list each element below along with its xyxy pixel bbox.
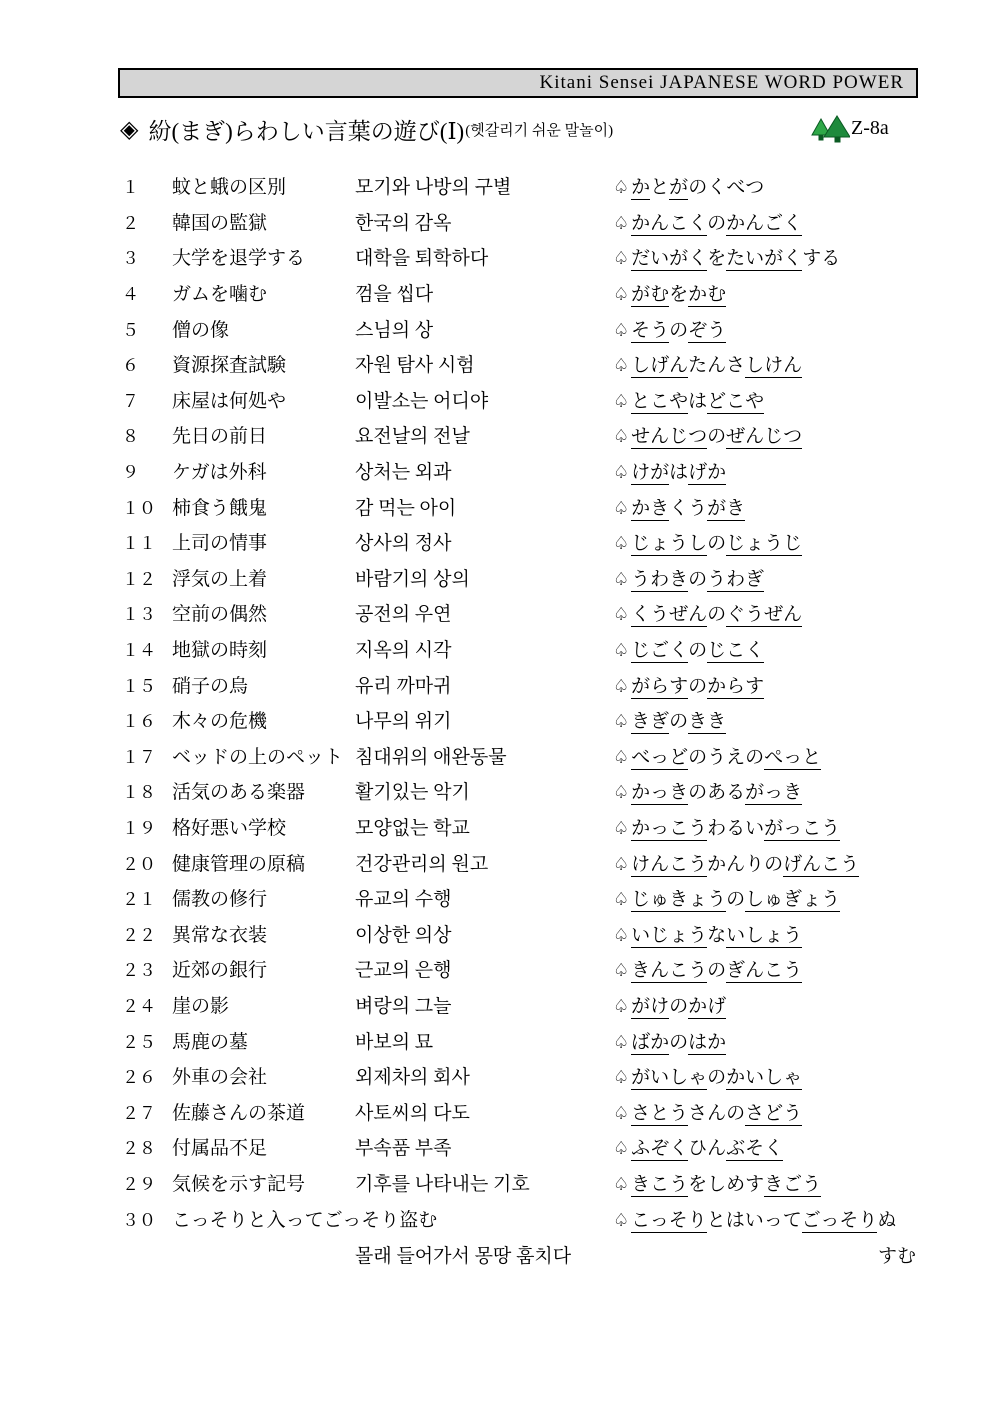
hiragana-reading: ♤かっこうわるいがっこう	[613, 813, 962, 840]
korean-translation: 부속품 부족	[355, 1133, 613, 1160]
reading-segment-underlined: けんこう	[631, 854, 707, 877]
korean-translation: 자원 탐사 시험	[355, 350, 613, 377]
speaker-spade-icon: ♤	[613, 640, 629, 661]
korean-translation: 활기있는 악기	[355, 777, 613, 804]
reading-segment-underlined: からす	[707, 676, 764, 699]
table-row: ５僧の像스님의 상♤そうのぞう	[122, 310, 962, 346]
hiragana-reading: ♤がいしゃのかいしゃ	[613, 1062, 962, 1089]
reading-segment: くう	[669, 498, 707, 520]
speaker-spade-icon: ♤	[613, 1210, 629, 1231]
row-number: １５	[122, 672, 172, 697]
japanese-phrase: 大学を退学する	[172, 243, 355, 270]
speaker-spade-icon: ♤	[613, 1138, 629, 1159]
word-table: １蚊と蛾の区別모기와 나방의 구별♤かとがのくべつ２韓国の監獄한국의 감옥♤かん…	[122, 168, 962, 1236]
row-number: ２９	[122, 1170, 172, 1195]
korean-translation: 바람기의 상의	[355, 564, 613, 591]
hiragana-reading: ♤べっどのうえのぺっと	[613, 742, 962, 769]
hiragana-reading: ♤きぎのきき	[613, 706, 962, 733]
reading-segment: を	[669, 284, 688, 306]
table-row: １９格好悪い学校모양없는 학교♤かっこうわるいがっこう	[122, 809, 962, 845]
hiragana-reading: ♤かきくうがき	[613, 493, 962, 520]
korean-translation: 침대위의 애완동물	[355, 742, 613, 769]
table-row: ２１儒教の修行유교의 수행♤じゅきょうのしゅぎょう	[122, 880, 962, 916]
table-row: １７ベッドの上のペット침대위의 애완동물♤べっどのうえのぺっと	[122, 738, 962, 774]
reading-segment: の	[669, 320, 688, 342]
korean-translation: 감 먹는 아이	[355, 493, 613, 520]
speaker-spade-icon: ♤	[613, 284, 629, 305]
japanese-phrase: 床屋は何処や	[172, 386, 355, 413]
speaker-spade-icon: ♤	[613, 711, 629, 732]
japanese-phrase: 馬鹿の墓	[172, 1027, 355, 1054]
hiragana-reading: ♤いじょうないしょう	[613, 920, 962, 947]
row-number: １４	[122, 636, 172, 661]
japanese-phrase: ベッドの上のペット	[172, 742, 355, 769]
row-number: ８	[122, 422, 172, 447]
korean-translation: 공전의 우연	[355, 599, 613, 626]
row-number: ２	[122, 209, 172, 234]
reading-segment: の	[669, 1032, 688, 1054]
reading-segment-underlined: かむ	[688, 284, 726, 307]
reading-segment-underlined: だいがく	[631, 248, 707, 271]
hiragana-reading: ♤がけのかげ	[613, 991, 962, 1018]
row-number: ６	[122, 351, 172, 376]
speaker-spade-icon: ♤	[613, 925, 629, 946]
reading-segment-underlined: べっど	[631, 747, 688, 770]
row-number: １２	[122, 565, 172, 590]
reading-segment-underlined: きき	[688, 711, 726, 734]
twin-trees-icon	[810, 113, 850, 143]
row-number: ３０	[122, 1206, 172, 1231]
speaker-spade-icon: ♤	[613, 391, 629, 412]
row-number: １９	[122, 814, 172, 839]
header-banner: Kitani Sensei JAPANESE WORD POWER	[118, 68, 918, 98]
reading-segment-underlined: いじょう	[631, 925, 707, 948]
reading-segment-underlined: ふぞく	[631, 1138, 688, 1161]
korean-translation: 외제차의 회사	[355, 1062, 613, 1089]
reading-segment: の	[707, 1067, 726, 1089]
reading-segment-underlined: がき	[707, 498, 745, 521]
reading-segment-underlined: ぎんこう	[726, 960, 802, 983]
speaker-spade-icon: ♤	[613, 604, 629, 625]
hiragana-reading: ♤けがはげか	[613, 457, 962, 484]
table-row: ２９気候を示す記号기후를 나타내는 기호♤きこうをしめすきごう	[122, 1165, 962, 1201]
japanese-phrase: 僧の像	[172, 315, 355, 342]
speaker-spade-icon: ♤	[613, 676, 629, 697]
speaker-spade-icon: ♤	[613, 320, 629, 341]
japanese-phrase: 韓国の監獄	[172, 208, 355, 235]
japanese-phrase: 浮気の上着	[172, 564, 355, 591]
row-number: ９	[122, 458, 172, 483]
reading-segment-underlined: かいしゃ	[726, 1067, 802, 1090]
reading-segment-underlined: か	[631, 177, 650, 200]
reading-segment-underlined: しげん	[631, 355, 688, 378]
speaker-spade-icon: ♤	[613, 248, 629, 269]
table-row: １８活気のある楽器활기있는 악기♤かっきのあるがっき	[122, 773, 962, 809]
korean-translation: 사토씨의 다도	[355, 1098, 613, 1125]
footer-reading-continuation: すむ	[878, 1241, 916, 1268]
worksheet-page: Kitani Sensei JAPANESE WORD POWER ◈ 紛(まぎ…	[0, 0, 992, 1403]
reading-segment-underlined: しけん	[745, 355, 802, 378]
reading-segment-underlined: が	[669, 177, 688, 200]
speaker-spade-icon: ♤	[613, 782, 629, 803]
reading-segment: わるい	[707, 818, 764, 840]
japanese-phrase: 先日の前日	[172, 421, 355, 448]
row-number: ２４	[122, 992, 172, 1017]
reading-segment-underlined: じゅきょう	[631, 889, 726, 912]
reading-segment-underlined: かんこく	[631, 213, 707, 236]
reading-segment-underlined: がらす	[631, 676, 688, 699]
reading-segment-underlined: しゅぎょう	[745, 889, 840, 912]
row-number: １３	[122, 600, 172, 625]
row-number: ２０	[122, 850, 172, 875]
speaker-spade-icon: ♤	[613, 854, 629, 875]
reading-segment: のうえの	[688, 747, 764, 769]
table-row: ２５馬鹿の墓바보의 묘♤ばかのはか	[122, 1022, 962, 1058]
speaker-spade-icon: ♤	[613, 1067, 629, 1088]
reading-segment: と	[650, 177, 669, 199]
banner-text: Kitani Sensei JAPANESE WORD POWER	[540, 72, 904, 93]
doc-code-text: Z-8a	[851, 117, 889, 140]
row-number: ５	[122, 316, 172, 341]
row-number: ２７	[122, 1099, 172, 1124]
table-row: ４ガムを噛む껌을 씹다♤がむをかむ	[122, 275, 962, 311]
hiragana-reading: ♤だいがくをたいがくする	[613, 243, 962, 270]
table-row: ９ケガは外科상처는 외과♤けがはげか	[122, 453, 962, 489]
reading-segment-underlined: ばか	[631, 1032, 669, 1055]
speaker-spade-icon: ♤	[613, 1103, 629, 1124]
korean-translation: 이상한 의상	[355, 920, 613, 947]
speaker-spade-icon: ♤	[613, 498, 629, 519]
hiragana-reading: ♤じょうしのじょうじ	[613, 528, 962, 555]
korean-translation: 지옥의 시각	[355, 635, 613, 662]
hiragana-reading: ♤とこやはどこや	[613, 386, 962, 413]
hiragana-reading: ♤ばかのはか	[613, 1027, 962, 1054]
reading-segment: は	[669, 462, 688, 484]
reading-segment: のくべつ	[688, 177, 764, 199]
korean-translation: 건강관리의 원고	[355, 849, 613, 876]
doc-code-badge: Z-8a	[810, 113, 889, 143]
hiragana-reading: ♤けんこうかんりのげんこう	[613, 849, 962, 876]
hiragana-reading: ♤じごくのじこく	[613, 635, 962, 662]
reading-segment-underlined: いしょう	[726, 925, 802, 948]
hiragana-reading: ♤こっそりとはいってごっそりぬ	[613, 1205, 962, 1232]
japanese-phrase: 付属品不足	[172, 1133, 355, 1160]
table-row: ３大学を退学する대학을 퇴학하다♤だいがくをたいがくする	[122, 239, 962, 275]
japanese-phrase: 気候を示す記号	[172, 1169, 355, 1196]
korean-translation: 이발소는 어디야	[355, 386, 613, 413]
reading-segment-underlined: ぐうぜん	[726, 604, 802, 627]
speaker-spade-icon: ♤	[613, 960, 629, 981]
row-number: １	[122, 173, 172, 198]
korean-translation: 유리 까마귀	[355, 671, 613, 698]
row-number: ７	[122, 387, 172, 412]
row-number: ４	[122, 280, 172, 305]
table-row: ７床屋は何処や이발소는 어디야♤とこやはどこや	[122, 382, 962, 418]
japanese-phrase: 活気のある楽器	[172, 777, 355, 804]
reading-segment-underlined: はか	[688, 1032, 726, 1055]
japanese-phrase: 蚊と蛾の区別	[172, 172, 355, 199]
table-row: ２６外車の会社외제차의 회사♤がいしゃのかいしゃ	[122, 1058, 962, 1094]
japanese-phrase: 健康管理の原稿	[172, 849, 355, 876]
table-row: １３空前の偶然공전의 우연♤くうぜんのぐうぜん	[122, 595, 962, 631]
japanese-phrase: ケガは外科	[172, 457, 355, 484]
korean-translation: 한국의 감옥	[355, 208, 613, 235]
table-row: ２４崖の影벼랑의 그늘♤がけのかげ	[122, 987, 962, 1023]
hiragana-reading: ♤せんじつのぜんじつ	[613, 421, 962, 448]
row-number: ２５	[122, 1028, 172, 1053]
speaker-spade-icon: ♤	[613, 533, 629, 554]
hiragana-reading: ♤そうのぞう	[613, 315, 962, 342]
reading-segment-underlined: がむ	[631, 284, 669, 307]
table-row: ６資源探査試験자원 탐사 시험♤しげんたんさしけん	[122, 346, 962, 382]
speaker-spade-icon: ♤	[613, 818, 629, 839]
reading-segment: たんさ	[688, 355, 745, 377]
reading-segment-underlined: そう	[631, 320, 669, 343]
reading-segment-underlined: がっこう	[764, 818, 840, 841]
reading-segment-underlined: きんこう	[631, 960, 707, 983]
japanese-phrase: 硝子の烏	[172, 671, 355, 698]
hiragana-reading: ♤かんこくのかんごく	[613, 208, 962, 235]
reading-segment-underlined: ぞう	[688, 320, 726, 343]
hiragana-reading: ♤きんこうのぎんこう	[613, 955, 962, 982]
reading-segment-underlined: とこや	[631, 391, 688, 414]
japanese-phrase: 近郊の銀行	[172, 955, 355, 982]
reading-segment-underlined: かっこう	[631, 818, 707, 841]
table-row: １６木々の危機나무의 위기♤きぎのきき	[122, 702, 962, 738]
row-number: ２１	[122, 885, 172, 910]
speaker-spade-icon: ♤	[613, 1032, 629, 1053]
reading-segment: をしめす	[688, 1174, 764, 1196]
page-title: ◈ 紛(まぎ)らわしい言葉の遊び(Ⅰ) (헷갈리기 쉬운 말놀이)	[120, 112, 613, 146]
row-number: ３	[122, 244, 172, 269]
reading-segment-underlined: じごく	[631, 640, 688, 663]
korean-translation: 기후를 나타내는 기호	[355, 1169, 613, 1196]
japanese-phrase: ガムを噛む	[172, 279, 355, 306]
korean-translation: 모기와 나방의 구별	[355, 172, 613, 199]
japanese-phrase: 木々の危機	[172, 706, 355, 733]
japanese-phrase: 佐藤さんの茶道	[172, 1098, 355, 1125]
hiragana-reading: ♤がらすのからす	[613, 671, 962, 698]
table-row: ２韓国の監獄한국의 감옥♤かんこくのかんごく	[122, 204, 962, 240]
reading-segment-underlined: きぎ	[631, 711, 669, 734]
reading-segment-underlined: ごっそり	[802, 1210, 878, 1233]
reading-segment: ひん	[688, 1138, 726, 1160]
reading-segment-underlined: うわき	[631, 569, 688, 592]
reading-segment-underlined: ぜんじつ	[726, 426, 802, 449]
reading-segment-underlined: さどう	[745, 1103, 802, 1126]
speaker-spade-icon: ♤	[613, 996, 629, 1017]
reading-segment: の	[707, 533, 726, 555]
reading-segment-underlined: きごう	[764, 1174, 821, 1197]
reading-segment-underlined: くうぜん	[631, 604, 707, 627]
hiragana-reading: ♤ふぞくひんぶそく	[613, 1133, 962, 1160]
korean-translation: 유교의 수행	[355, 884, 613, 911]
reading-segment: の	[707, 604, 726, 626]
reading-segment: かんりの	[707, 854, 783, 876]
korean-translation: 근교의 은행	[355, 955, 613, 982]
reading-segment: の	[688, 569, 707, 591]
reading-segment-underlined: ぶそく	[726, 1138, 783, 1161]
table-row: ２３近郊の銀行근교의 은행♤きんこうのぎんこう	[122, 951, 962, 987]
speaker-spade-icon: ♤	[613, 426, 629, 447]
reading-segment: する	[802, 248, 840, 270]
reading-segment-underlined: うわぎ	[707, 569, 764, 592]
reading-segment-underlined: せんじつ	[631, 426, 707, 449]
speaker-spade-icon: ♤	[613, 1174, 629, 1195]
reading-segment: を	[707, 248, 726, 270]
reading-segment-underlined: がいしゃ	[631, 1067, 707, 1090]
table-row: ２７佐藤さんの茶道사토씨의 다도♤さとうさんのさどう	[122, 1093, 962, 1129]
row-number: １８	[122, 778, 172, 803]
reading-segment: の	[688, 640, 707, 662]
speaker-spade-icon: ♤	[613, 462, 629, 483]
reading-segment-underlined: さとう	[631, 1103, 688, 1126]
korean-translation: 바보의 묘	[355, 1027, 613, 1054]
footer-korean-continuation: 몰래 들어가서 몽땅 훔치다	[355, 1241, 571, 1268]
row-number: ２８	[122, 1134, 172, 1159]
reading-segment-underlined: げか	[688, 462, 726, 485]
hiragana-reading: ♤かとがのくべつ	[613, 172, 962, 199]
korean-translation: 요전날의 전날	[355, 421, 613, 448]
reading-segment: ぬ	[877, 1210, 896, 1232]
speaker-spade-icon: ♤	[613, 747, 629, 768]
japanese-phrase: 外車の会社	[172, 1062, 355, 1089]
speaker-spade-icon: ♤	[613, 177, 629, 198]
reading-segment: のある	[688, 782, 745, 804]
hiragana-reading: ♤しげんたんさしけん	[613, 350, 962, 377]
korean-translation: 스님의 상	[355, 315, 613, 342]
table-row: ２８付属品不足부속품 부족♤ふぞくひんぶそく	[122, 1129, 962, 1165]
korean-translation: 껌을 씹다	[355, 279, 613, 306]
reading-segment-underlined: げんこう	[783, 854, 859, 877]
table-row: １１上司の情事상사의 정사♤じょうしのじょうじ	[122, 524, 962, 560]
table-row: １蚊と蛾の区別모기와 나방의 구별♤かとがのくべつ	[122, 168, 962, 204]
reading-segment: な	[707, 925, 726, 947]
reading-segment: の	[669, 996, 688, 1018]
row-number: １７	[122, 743, 172, 768]
hiragana-reading: ♤さとうさんのさどう	[613, 1098, 962, 1125]
japanese-phrase: 儒教の修行	[172, 884, 355, 911]
reading-segment-underlined: ぺっと	[764, 747, 821, 770]
reading-segment-underlined: かっき	[631, 782, 688, 805]
reading-segment-underlined: かげ	[688, 996, 726, 1019]
japanese-phrase: 資源探査試験	[172, 350, 355, 377]
diamond-bullet-icon: ◈	[120, 115, 138, 143]
title-korean-subtitle: (헷갈리기 쉬운 말놀이)	[465, 119, 613, 140]
hiragana-reading: ♤がむをかむ	[613, 279, 962, 306]
reading-segment: の	[669, 711, 688, 733]
speaker-spade-icon: ♤	[613, 355, 629, 376]
reading-segment: さんの	[688, 1103, 745, 1125]
reading-segment-underlined: どこや	[707, 391, 764, 414]
title-main-text: 紛(まぎ)らわしい言葉の遊び(Ⅰ)	[148, 113, 464, 146]
table-row: １４地獄の時刻지옥의 시각♤じごくのじこく	[122, 631, 962, 667]
korean-translation: 상사의 정사	[355, 528, 613, 555]
row-number: １６	[122, 707, 172, 732]
korean-translation: 나무의 위기	[355, 706, 613, 733]
reading-segment-underlined: きこう	[631, 1174, 688, 1197]
korean-translation: 상처는 외과	[355, 457, 613, 484]
reading-segment-underlined: こっそり	[631, 1210, 707, 1233]
reading-segment: とはいって	[707, 1210, 802, 1232]
japanese-phrase: こっそりと入ってごっそり盗む	[172, 1205, 355, 1232]
row-number: １０	[122, 494, 172, 519]
row-number: ２２	[122, 921, 172, 946]
reading-segment-underlined: がっき	[745, 782, 802, 805]
reading-segment: の	[707, 426, 726, 448]
korean-translation: 벼랑의 그늘	[355, 991, 613, 1018]
korean-translation: 모양없는 학교	[355, 813, 613, 840]
reading-segment-underlined: じょうし	[631, 533, 707, 556]
reading-segment: の	[707, 960, 726, 982]
reading-segment-underlined: じょうじ	[726, 533, 802, 556]
hiragana-reading: ♤くうぜんのぐうぜん	[613, 599, 962, 626]
reading-segment: の	[707, 213, 726, 235]
table-row: １５硝子の烏유리 까마귀♤がらすのからす	[122, 666, 962, 702]
table-row: ８先日の前日요전날의 전날♤せんじつのぜんじつ	[122, 417, 962, 453]
reading-segment: の	[688, 676, 707, 698]
japanese-phrase: 柿食う餓鬼	[172, 493, 355, 520]
reading-segment-underlined: がけ	[631, 996, 669, 1019]
japanese-phrase: 空前の偶然	[172, 599, 355, 626]
hiragana-reading: ♤うわきのうわぎ	[613, 564, 962, 591]
table-row: ３０こっそりと入ってごっそり盗む♤こっそりとはいってごっそりぬ	[122, 1200, 962, 1236]
reading-segment-underlined: かんごく	[726, 213, 802, 236]
reading-segment-underlined: たいがく	[726, 248, 802, 271]
reading-segment: は	[688, 391, 707, 413]
reading-segment: の	[726, 889, 745, 911]
speaker-spade-icon: ♤	[613, 569, 629, 590]
korean-translation: 대학을 퇴학하다	[355, 243, 613, 270]
japanese-phrase: 崖の影	[172, 991, 355, 1018]
row-number: ２６	[122, 1063, 172, 1088]
hiragana-reading: ♤かっきのあるがっき	[613, 777, 962, 804]
row-number: １１	[122, 529, 172, 554]
table-row: ２２異常な衣装이상한 의상♤いじょうないしょう	[122, 915, 962, 951]
japanese-phrase: 異常な衣装	[172, 920, 355, 947]
japanese-phrase: 地獄の時刻	[172, 635, 355, 662]
speaker-spade-icon: ♤	[613, 213, 629, 234]
japanese-phrase: 格好悪い学校	[172, 813, 355, 840]
row-number: ２３	[122, 956, 172, 981]
reading-segment-underlined: じこく	[707, 640, 764, 663]
reading-segment-underlined: かき	[631, 498, 669, 521]
hiragana-reading: ♤じゅきょうのしゅぎょう	[613, 884, 962, 911]
hiragana-reading: ♤きこうをしめすきごう	[613, 1169, 962, 1196]
table-row: ２０健康管理の原稿건강관리의 원고♤けんこうかんりのげんこう	[122, 844, 962, 880]
japanese-phrase: 上司の情事	[172, 528, 355, 555]
table-row: １０柿食う餓鬼감 먹는 아이♤かきくうがき	[122, 488, 962, 524]
table-row: １２浮気の上着바람기의 상의♤うわきのうわぎ	[122, 560, 962, 596]
reading-segment-underlined: けが	[631, 462, 669, 485]
speaker-spade-icon: ♤	[613, 889, 629, 910]
